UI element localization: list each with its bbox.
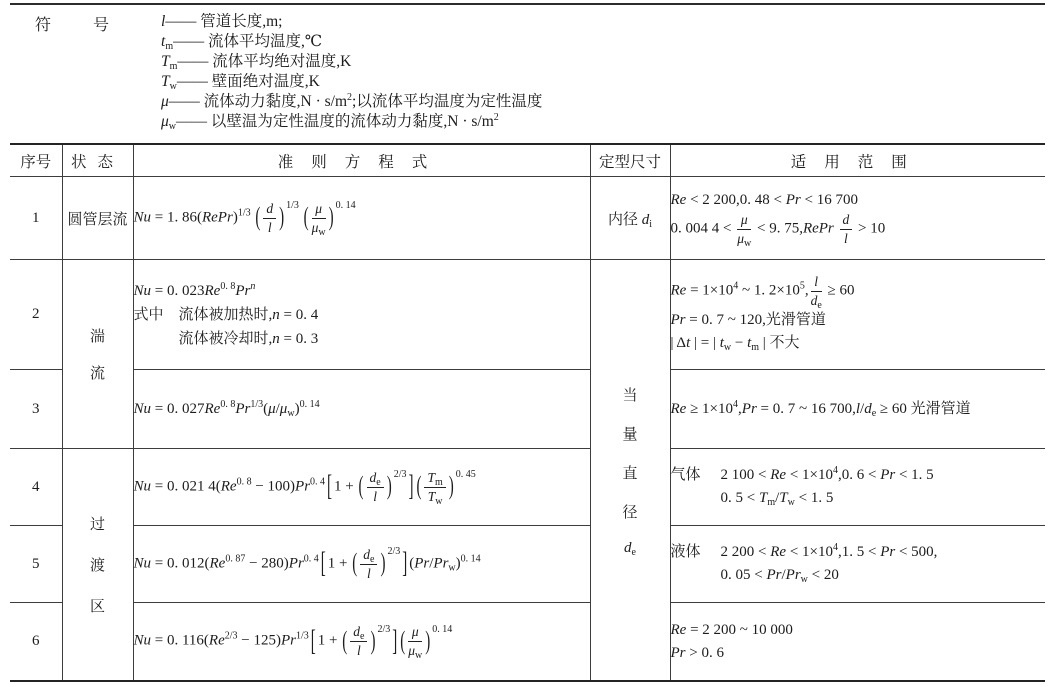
row-number: 5 bbox=[10, 526, 62, 603]
vertical-label: 过渡区 bbox=[63, 503, 133, 626]
range-line: Re = 2 200 ~ 10 000 bbox=[671, 619, 1046, 642]
range-line: 2 100 < Re < 1×104,0. 6 < Pr < 1. 5 bbox=[721, 464, 934, 487]
range-phase-label: 液体 bbox=[671, 541, 701, 564]
state-cell: 圆管层流 bbox=[62, 177, 133, 260]
formula-line: 流体被冷却时,n = 0. 3 bbox=[134, 327, 590, 351]
symbol-definition: μ—— 流体动力黏度,N · s/m2;以流体平均温度为定性温度 bbox=[161, 92, 542, 112]
range-line: 0. 004 4 < μμw < 9. 75,RePr dl > 10 bbox=[671, 212, 1046, 246]
table-row-3: 3 Nu = 0. 027Re0. 8Pr1/3(μ/μw)0. 14 Re ≥… bbox=[10, 370, 1045, 449]
range-line: 0. 05 < Pr/Prw < 20 bbox=[721, 564, 938, 587]
header-equation: 准则方程式 bbox=[133, 144, 590, 177]
formula-cell: Nu = 0. 116(Re2/3 − 125)Pr1/3[1 + (del)2… bbox=[133, 603, 590, 682]
correlation-table: 序号 状态 准则方程式 定型尺寸 适用范围 1 圆管层流 Nu = 1. 86(… bbox=[10, 143, 1045, 682]
symbol-definition: μw—— 以壁温为定性温度的流体动力黏度,N · s/m2 bbox=[161, 112, 542, 132]
header-serial: 序号 bbox=[10, 144, 62, 177]
formula-cell: Nu = 0. 023Re0. 8Prn 式中 流体被加热时,n = 0. 4 … bbox=[133, 260, 590, 370]
state-cell-merged: 过渡区 bbox=[62, 449, 133, 682]
symbol-definition: l—— 管道长度,m; bbox=[161, 12, 542, 32]
range-line: | Δt | = | tw − tm | 不大 bbox=[671, 332, 1046, 355]
range-cell: Re < 2 200,0. 48 < Pr < 16 700 0. 004 4 … bbox=[670, 177, 1045, 260]
document-page: 符号 l—— 管道长度,m; tm—— 流体平均温度,℃ Tm—— 流体平均绝对… bbox=[0, 0, 1054, 687]
range-cell: 液体 2 200 < Re < 1×104,1. 5 < Pr < 500, 0… bbox=[670, 526, 1045, 603]
formula-line: Nu = 0. 021 4(Re0. 8 − 100)Pr0. 4[1 + (d… bbox=[134, 470, 590, 504]
range-cell: Re = 2 200 ~ 10 000 Pr > 0. 6 bbox=[670, 603, 1045, 682]
formula-cell: Nu = 0. 027Re0. 8Pr1/3(μ/μw)0. 14 bbox=[133, 370, 590, 449]
range-line: 2 200 < Re < 1×104,1. 5 < Pr < 500, bbox=[721, 541, 938, 564]
symbols-list: l—— 管道长度,m; tm—— 流体平均温度,℃ Tm—— 流体平均绝对温度,… bbox=[161, 12, 542, 132]
table-header-row: 序号 状态 准则方程式 定型尺寸 适用范围 bbox=[10, 144, 1045, 177]
range-line: Re = 1×104 ~ 1. 2×105,lde ≥ 60 bbox=[671, 274, 1046, 308]
range-phase-label: 气体 bbox=[671, 464, 701, 487]
range-cell: Re ≥ 1×104,Pr = 0. 7 ~ 16 700,l/de ≥ 60 … bbox=[670, 370, 1045, 449]
formula-cell: Nu = 0. 012(Re0. 87 − 280)Pr0. 4[1 + (de… bbox=[133, 526, 590, 603]
range-line: Pr > 0. 6 bbox=[671, 642, 1046, 665]
formula-line: 式中 流体被加热时,n = 0. 4 bbox=[134, 303, 590, 327]
formula-line: Nu = 1. 86(RePr)1/3 (dl)1/3 (μμw)0. 14 bbox=[134, 201, 590, 235]
formula-line: Nu = 0. 012(Re0. 87 − 280)Pr0. 4[1 + (de… bbox=[134, 547, 590, 581]
table-row-4: 4 过渡区 Nu = 0. 021 4(Re0. 8 − 100)Pr0. 4[… bbox=[10, 449, 1045, 526]
row-number: 3 bbox=[10, 370, 62, 449]
table-row-2: 2 湍流 Nu = 0. 023Re0. 8Prn 式中 流体被加热时,n = … bbox=[10, 260, 1045, 370]
vertical-label: 湍流 bbox=[63, 317, 133, 391]
table-row-5: 5 Nu = 0. 012(Re0. 87 − 280)Pr0. 4[1 + (… bbox=[10, 526, 1045, 603]
formula-cell: Nu = 0. 021 4(Re0. 8 − 100)Pr0. 4[1 + (d… bbox=[133, 449, 590, 526]
header-state: 状态 bbox=[62, 144, 133, 177]
symbols-label: 符号 bbox=[35, 12, 113, 35]
vertical-label: 当量直径de bbox=[591, 375, 670, 566]
symbols-legend: 符号 l—— 管道长度,m; tm—— 流体平均温度,℃ Tm—— 流体平均绝对… bbox=[35, 12, 542, 132]
table-row-6: 6 Nu = 0. 116(Re2/3 − 125)Pr1/3[1 + (del… bbox=[10, 603, 1045, 682]
formula-line: Nu = 0. 027Re0. 8Pr1/3(μ/μw)0. 14 bbox=[134, 397, 590, 421]
row-number: 6 bbox=[10, 603, 62, 682]
range-line: Pr = 0. 7 ~ 120,光滑管道 bbox=[671, 309, 1046, 332]
size-cell: 内径 di bbox=[590, 177, 670, 260]
range-cell: 气体 2 100 < Re < 1×104,0. 6 < Pr < 1. 5 0… bbox=[670, 449, 1045, 526]
page-top-rule bbox=[10, 3, 1045, 5]
formula-line: Nu = 0. 116(Re2/3 − 125)Pr1/3[1 + (del)2… bbox=[134, 624, 590, 658]
header-range: 适用范围 bbox=[670, 144, 1045, 177]
range-line: Re ≥ 1×104,Pr = 0. 7 ~ 16 700,l/de ≥ 60 … bbox=[671, 398, 1046, 421]
row-number: 4 bbox=[10, 449, 62, 526]
formula-line: Nu = 0. 023Re0. 8Prn bbox=[134, 279, 590, 303]
symbol-definition: tm—— 流体平均温度,℃ bbox=[161, 32, 542, 52]
range-line: Re < 2 200,0. 48 < Pr < 16 700 bbox=[671, 189, 1046, 212]
formula-cell: Nu = 1. 86(RePr)1/3 (dl)1/3 (μμw)0. 14 bbox=[133, 177, 590, 260]
state-cell-merged: 湍流 bbox=[62, 260, 133, 449]
row-number: 1 bbox=[10, 177, 62, 260]
header-size: 定型尺寸 bbox=[590, 144, 670, 177]
table-row-1: 1 圆管层流 Nu = 1. 86(RePr)1/3 (dl)1/3 (μμw)… bbox=[10, 177, 1045, 260]
symbol-definition: Tw—— 壁面绝对温度,K bbox=[161, 72, 542, 92]
range-line: 0. 5 < Tm/Tw < 1. 5 bbox=[721, 487, 934, 510]
row-number: 2 bbox=[10, 260, 62, 370]
size-cell-merged: 当量直径de bbox=[590, 260, 670, 682]
range-cell: Re = 1×104 ~ 1. 2×105,lde ≥ 60 Pr = 0. 7… bbox=[670, 260, 1045, 370]
symbol-definition: Tm—— 流体平均绝对温度,K bbox=[161, 52, 542, 72]
